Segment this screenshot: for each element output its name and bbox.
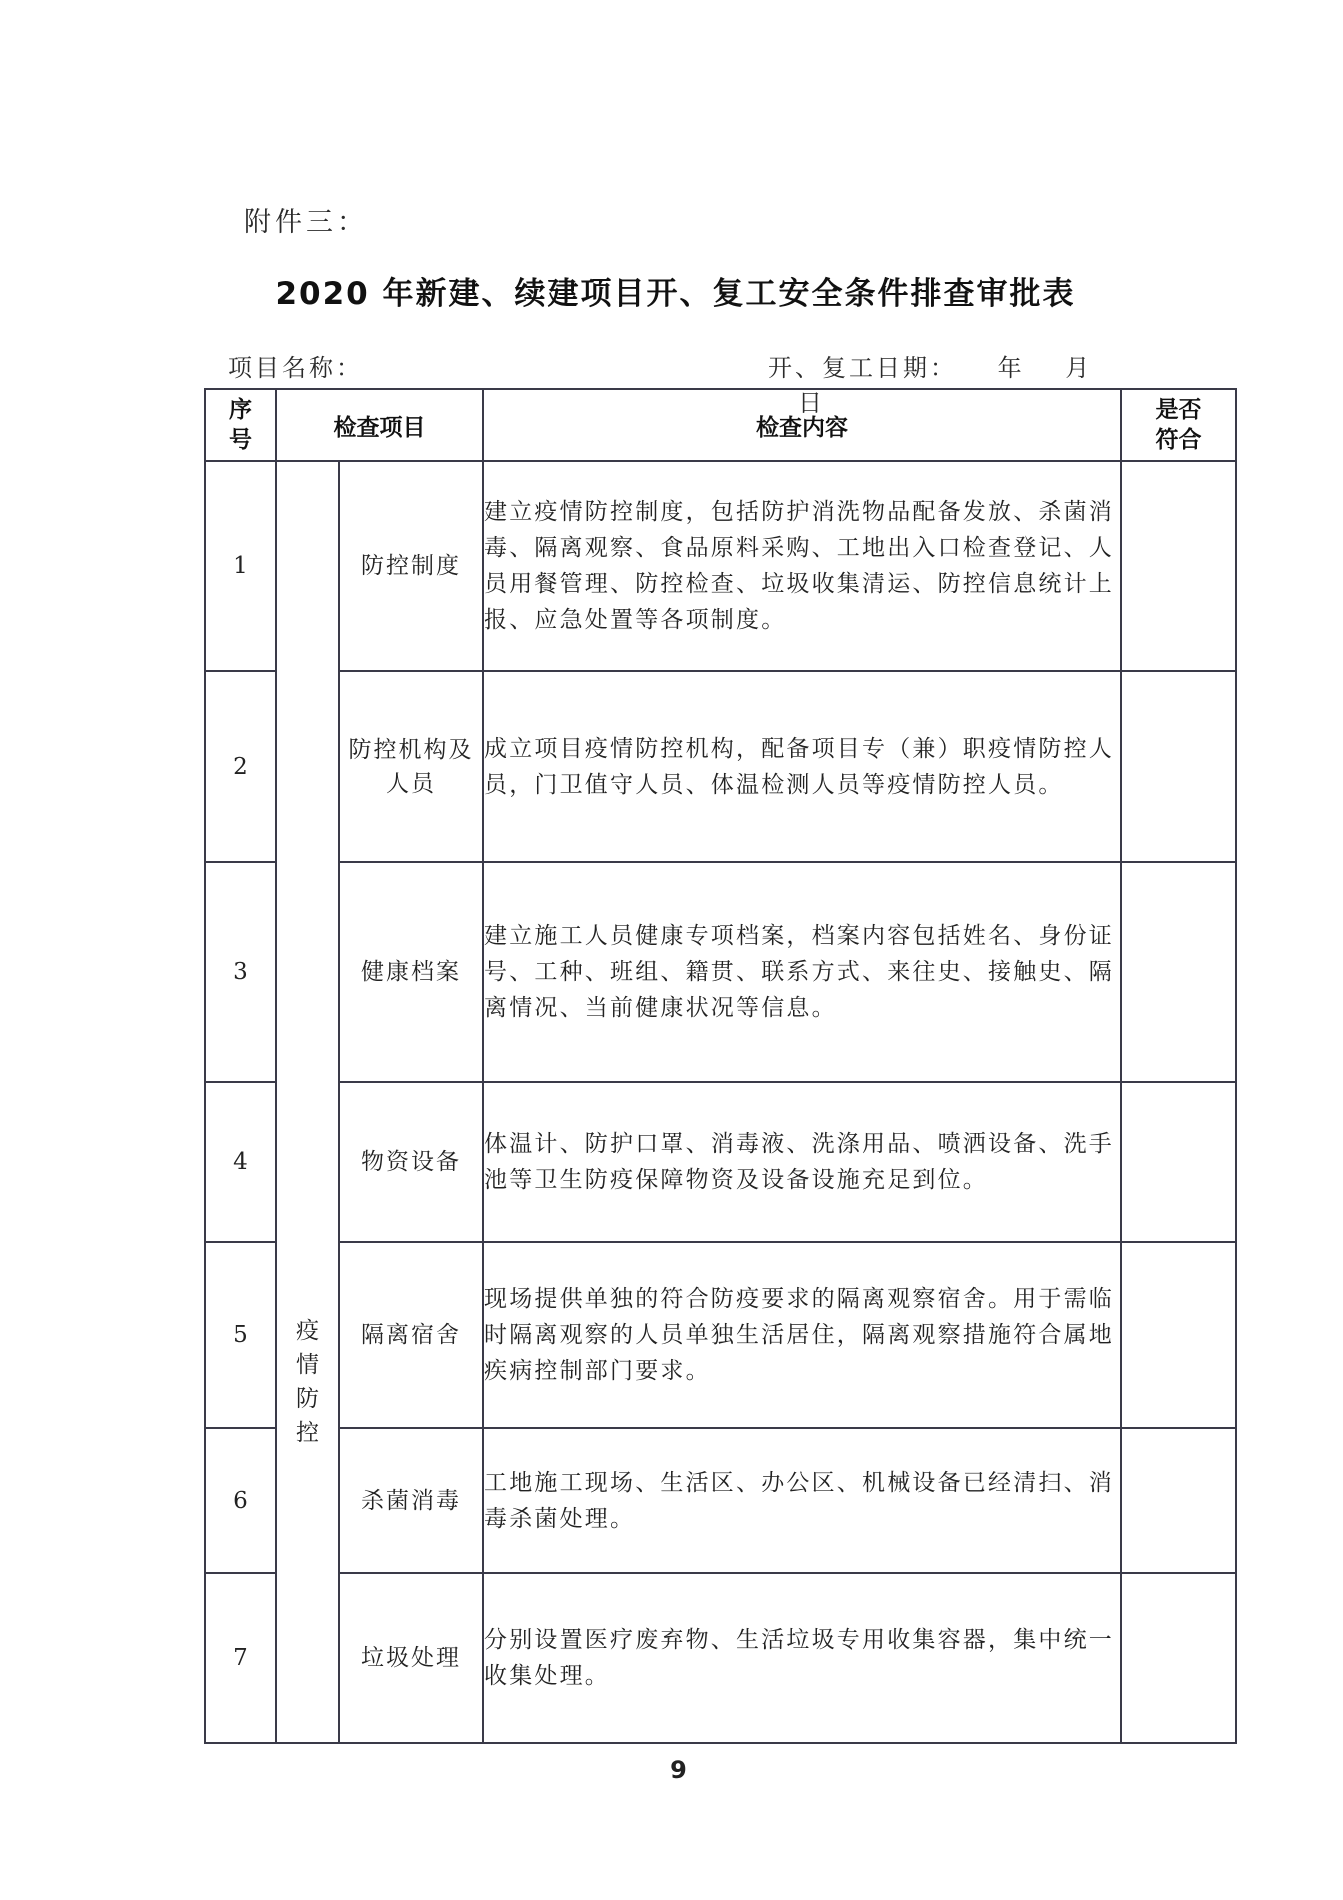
header-compliance-line1: 是否: [1122, 395, 1235, 425]
row-number: 6: [205, 1428, 276, 1573]
check-item: 物资设备: [339, 1082, 483, 1242]
table-row: 5 隔离宿舍 现场提供单独的符合防疫要求的隔离观察宿舍。用于需临时隔离观察的人员…: [205, 1242, 1236, 1428]
compliance-cell[interactable]: [1121, 1428, 1236, 1573]
start-date-label: 开、复工日期：: [768, 348, 957, 383]
check-item: 杀菌消毒: [339, 1428, 483, 1573]
date-month-label: 月: [1065, 348, 1092, 383]
document-title: 2020 年新建、续建项目开、复工安全条件排查审批表: [0, 268, 1343, 313]
header-compliance: 是否 符合: [1121, 389, 1236, 461]
check-content: 成立项目疫情防控机构，配备项目专（兼）职疫情防控人员，门卫值守人员、体温检测人员…: [483, 671, 1121, 862]
check-content: 建立施工人员健康专项档案，档案内容包括姓名、身份证号、工种、班组、籍贯、联系方式…: [483, 862, 1121, 1082]
row-number: 1: [205, 461, 276, 671]
check-content: 分别设置医疗废弃物、生活垃圾专用收集容器，集中统一收集处理。: [483, 1573, 1121, 1743]
row-number: 5: [205, 1242, 276, 1428]
compliance-cell[interactable]: [1121, 1573, 1236, 1743]
header-check-content: 检查内容: [483, 389, 1121, 461]
compliance-cell[interactable]: [1121, 1242, 1236, 1428]
header-check-item: 检查项目: [276, 389, 483, 461]
table-row: 7 垃圾处理 分别设置医疗废弃物、生活垃圾专用收集容器，集中统一收集处理。: [205, 1573, 1236, 1743]
project-name-label: 项目名称：: [228, 348, 363, 383]
compliance-cell[interactable]: [1121, 461, 1236, 671]
compliance-cell[interactable]: [1121, 671, 1236, 862]
check-item: 隔离宿舍: [339, 1242, 483, 1428]
inspection-table: 序 号 检查项目 检查内容 是否 符合 1 疫情防控 防控制度 建立疫情防控制度…: [204, 388, 1237, 1744]
check-item: 健康档案: [339, 862, 483, 1082]
check-content: 体温计、防护口罩、消毒液、洗涤用品、喷洒设备、洗手池等卫生防疫保障物资及设备设施…: [483, 1082, 1121, 1242]
table-row: 3 健康档案 建立施工人员健康专项档案，档案内容包括姓名、身份证号、工种、班组、…: [205, 862, 1236, 1082]
table-row: 6 杀菌消毒 工地施工现场、生活区、办公区、机械设备已经清扫、消毒杀菌处理。: [205, 1428, 1236, 1573]
table-row: 1 疫情防控 防控制度 建立疫情防控制度，包括防护消洗物品配备发放、杀菌消毒、隔…: [205, 461, 1236, 671]
compliance-cell[interactable]: [1121, 862, 1236, 1082]
header-serial-line2: 号: [206, 425, 275, 455]
check-content: 现场提供单独的符合防疫要求的隔离观察宿舍。用于需临时隔离观察的人员单独生活居住，…: [483, 1242, 1121, 1428]
compliance-cell[interactable]: [1121, 1082, 1236, 1242]
header-compliance-line2: 符合: [1122, 425, 1235, 455]
row-number: 2: [205, 671, 276, 862]
form-meta-row: 项目名称： 开、复工日期： 年 月 日: [228, 348, 1128, 384]
table-row: 4 物资设备 体温计、防护口罩、消毒液、洗涤用品、喷洒设备、洗手池等卫生防疫保障…: [205, 1082, 1236, 1242]
table-header-row: 序 号 检查项目 检查内容 是否 符合: [205, 389, 1236, 461]
table-row: 2 防控机构及人员 成立项目疫情防控机构，配备项目专（兼）职疫情防控人员，门卫值…: [205, 671, 1236, 862]
header-serial-line1: 序: [206, 395, 275, 425]
page-number: 9: [0, 1756, 1343, 1784]
check-content: 建立疫情防控制度，包括防护消洗物品配备发放、杀菌消毒、隔离观察、食品原料采购、工…: [483, 461, 1121, 671]
category-label: 疫情防控: [295, 754, 321, 1450]
check-item: 防控制度: [339, 461, 483, 671]
check-content: 工地施工现场、生活区、办公区、机械设备已经清扫、消毒杀菌处理。: [483, 1428, 1121, 1573]
row-number: 3: [205, 862, 276, 1082]
check-item: 垃圾处理: [339, 1573, 483, 1743]
date-year-label: 年: [998, 348, 1025, 383]
row-number: 7: [205, 1573, 276, 1743]
check-item: 防控机构及人员: [339, 671, 483, 862]
attachment-label: 附件三：: [244, 200, 368, 239]
header-serial-number: 序 号: [205, 389, 276, 461]
row-number: 4: [205, 1082, 276, 1242]
category-cell: 疫情防控: [276, 461, 339, 1743]
